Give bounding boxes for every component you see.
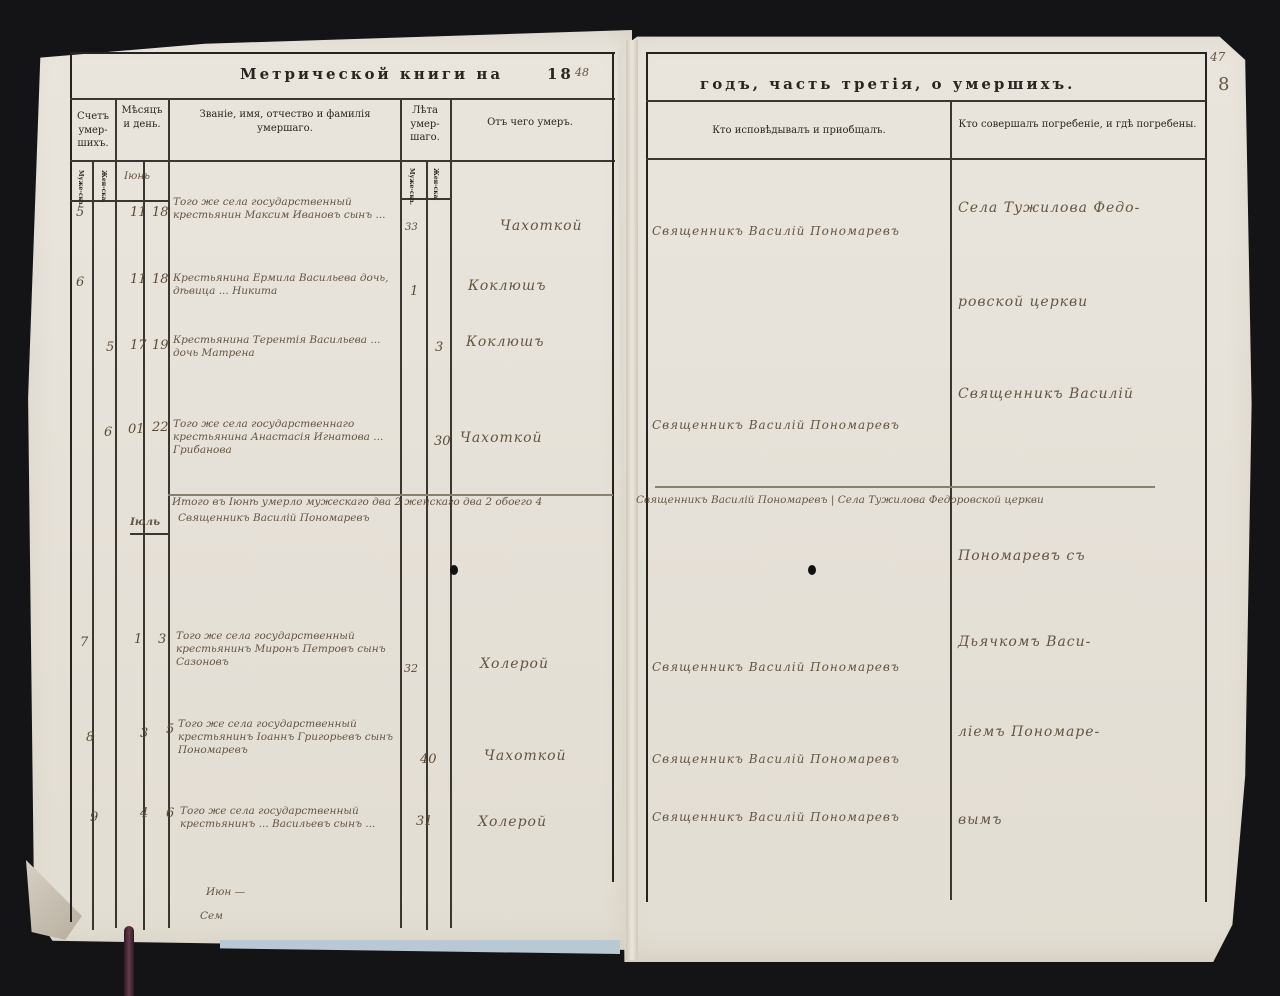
- frame-left-right: [646, 52, 648, 902]
- burial-line: Села Тужилова Федо-: [958, 200, 1140, 218]
- summary-rule-right: [655, 486, 1155, 488]
- entry-cause: Чахоткой: [500, 218, 583, 236]
- entry-day: 18: [152, 205, 169, 220]
- col-header-month-day: Мѣсяцъ и день.: [117, 104, 167, 131]
- burial-line: Дьячкомъ Васи-: [958, 634, 1091, 652]
- confessor-entry: Священникъ Василій Пономаревъ: [652, 810, 900, 825]
- entry-day: 22: [152, 420, 169, 435]
- frame-top-left: [70, 52, 615, 54]
- entry-age: 1: [410, 284, 418, 299]
- col-header-age: Лѣта умер-шаго.: [402, 104, 448, 145]
- entry-day: 18: [152, 272, 169, 287]
- binding-hole: [808, 565, 816, 575]
- frame-top-right: [646, 52, 1206, 54]
- sub-rule: [70, 200, 168, 202]
- entry-age: 40: [420, 752, 437, 767]
- header-divider-right: [646, 158, 1206, 160]
- entry-name: Того же села государственный крестьянин …: [173, 196, 398, 222]
- entry-age: 30: [434, 434, 451, 449]
- binding-hole: [450, 565, 458, 575]
- pen-tip: [124, 926, 134, 996]
- col-header-name: Званіе, имя, отчество и фамилія умершаго…: [175, 108, 395, 135]
- entry-name: Крестьянина Терентія Васильева ... дочь …: [173, 334, 398, 360]
- blue-paper-edge: [220, 940, 620, 954]
- title-divider-right: [646, 100, 1206, 102]
- col-header-cause: Отъ чего умеръ.: [455, 116, 605, 130]
- frame-right: [1205, 52, 1207, 902]
- right-title: годъ, часть третія, о умершихъ.: [700, 74, 1075, 94]
- entry-male-no: 9: [90, 810, 98, 825]
- entry-month: 4: [140, 806, 148, 821]
- entry-cause: Чахоткой: [484, 748, 567, 766]
- entry-day: 3: [158, 632, 166, 647]
- entry-name: Того же села государственный крестьянинъ…: [178, 718, 400, 757]
- entry-name: Крестьянина Ермила Васильева дочь, дѣвиц…: [173, 272, 398, 298]
- col-header-confessor: Кто исповѣдывалъ и приобщалъ.: [650, 124, 948, 138]
- confessor-entry: Священникъ Василій Пономаревъ: [652, 660, 900, 675]
- entry-female-no: 6: [104, 425, 112, 440]
- entry-month: 11: [130, 272, 147, 287]
- entry-name: Того же села государственнаго крестьянин…: [173, 418, 398, 457]
- confessor-entry: Священникъ Василій Пономаревъ: [652, 224, 900, 239]
- entry-age: 33: [405, 222, 418, 233]
- bottom-mark: Июн —: [206, 886, 245, 899]
- entry-month: 3: [140, 726, 148, 741]
- entry-day: 19: [152, 338, 169, 353]
- entry-age: 31: [416, 814, 433, 829]
- entry-cause: Коклюшъ: [466, 334, 544, 352]
- entry-name: Того же села государственный крестьянинъ…: [176, 630, 398, 669]
- sub-header-male: Муже-ска.: [77, 170, 84, 207]
- entry-female-no: 5: [106, 340, 114, 355]
- col-rule: [168, 98, 170, 928]
- entry-male-no: 5: [76, 205, 84, 220]
- frame-right-edge-left: [612, 52, 614, 882]
- entry-age: 3: [435, 340, 443, 355]
- burial-line: ліемъ Пономаре-: [958, 724, 1100, 742]
- entry-cause: Холерой: [480, 656, 549, 674]
- folio-number: 8: [1218, 74, 1229, 97]
- entry-male-no: 8: [86, 730, 94, 745]
- entry-month: 01: [128, 422, 145, 437]
- folio-mark: 47: [1210, 50, 1225, 65]
- frame-left: [70, 52, 72, 922]
- header-divider-left: [70, 160, 615, 162]
- bottom-mark: Сем: [200, 910, 223, 923]
- entry-day: 6: [166, 806, 174, 821]
- year-handwritten: 48: [575, 66, 589, 80]
- title-divider-left: [70, 98, 615, 100]
- summary-right: Священникъ Василій Пономаревъ | Села Туж…: [636, 494, 1044, 507]
- confessor-entry: Священникъ Василій Пономаревъ: [652, 418, 900, 433]
- month-rule: [130, 533, 170, 535]
- entry-male-no: 7: [80, 635, 88, 650]
- entry-age: 32: [404, 662, 418, 675]
- month-label-june: Іюнь: [124, 170, 150, 183]
- sub-header-female: Жен-ска.: [100, 170, 107, 203]
- col-header-burial: Кто совершалъ погребеніе, и гдѣ погребен…: [955, 118, 1200, 132]
- entry-month: 17: [130, 338, 147, 353]
- confessor-entry: Священникъ Василій Пономаревъ: [652, 752, 900, 767]
- entry-month: 1: [134, 632, 142, 647]
- year-printed: 18: [547, 64, 574, 84]
- entry-male-no: 6: [76, 275, 84, 290]
- entry-cause: Коклюшъ: [468, 278, 546, 296]
- col-rule: [115, 98, 117, 928]
- month-label-july: Іюль: [130, 516, 160, 529]
- summary-note: Священникъ Василій Пономаревъ: [178, 512, 370, 525]
- entry-day: 5: [166, 722, 174, 737]
- burial-line: вымъ: [958, 812, 1003, 830]
- col-header-count: Счетъ умер-шихъ.: [72, 110, 114, 151]
- entry-name: Того же села государственный крестьянинъ…: [180, 805, 402, 831]
- burial-line: Священникъ Василій: [958, 386, 1134, 404]
- june-summary: Итого въ Іюнѣ умерло мужескаго два 2 жен…: [172, 496, 542, 509]
- sub-header-age-female: Жен-ска.: [432, 168, 439, 201]
- burial-line: Пономаревъ съ: [958, 548, 1086, 566]
- entry-month: 11: [130, 205, 147, 220]
- left-title: Метрической книги на: [240, 64, 503, 84]
- entry-cause: Чахоткой: [460, 430, 543, 448]
- sub-header-age-male: Муже-ска.: [408, 168, 415, 205]
- col-rule: [450, 98, 452, 928]
- entry-cause: Холерой: [478, 814, 547, 832]
- burial-line: ровской церкви: [958, 294, 1088, 312]
- col-rule: [400, 98, 402, 928]
